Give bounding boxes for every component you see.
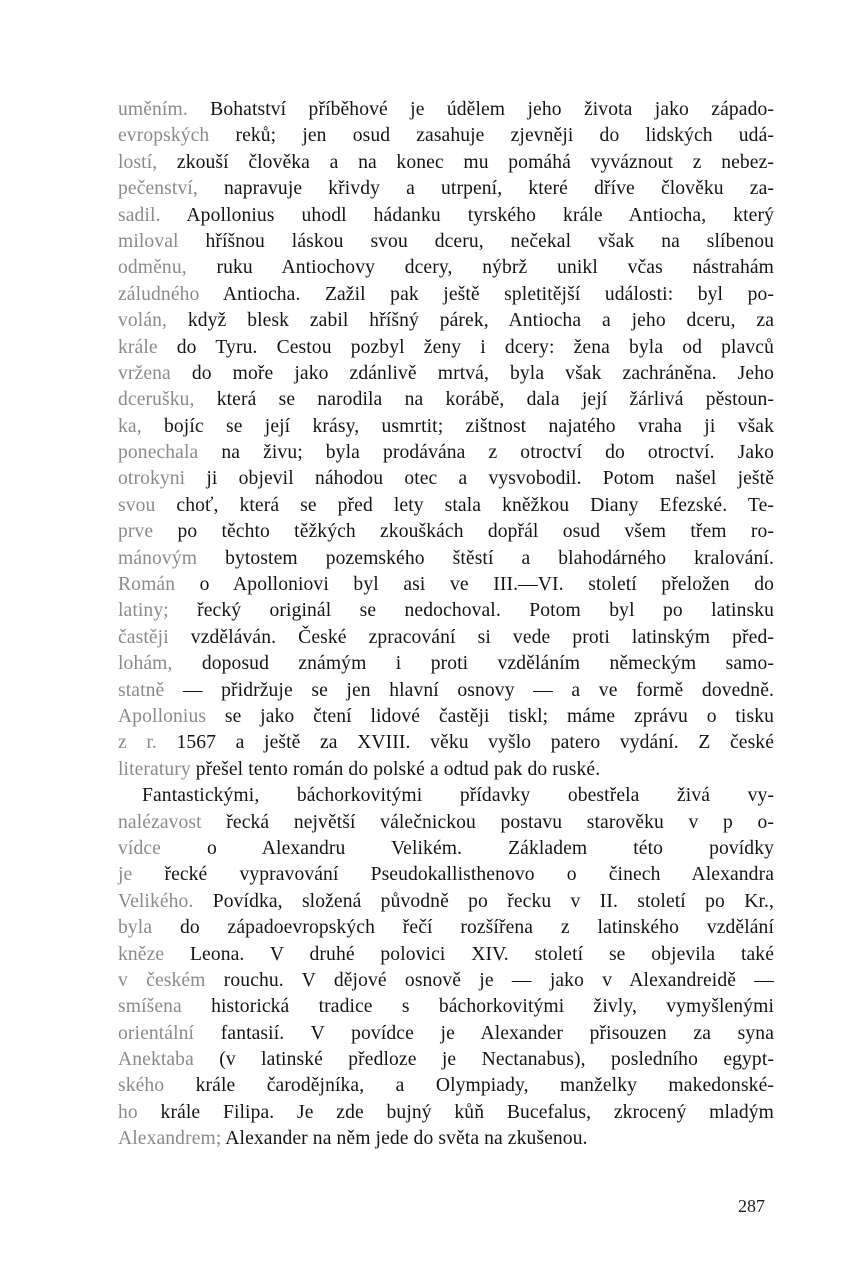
line-text: na živu; byla prodávána z otroctví do ot… bbox=[198, 442, 774, 463]
line-lead-fragment: ského bbox=[118, 1075, 164, 1096]
text-line: ského krále čarodějníka, a Olympiady, ma… bbox=[118, 1073, 774, 1099]
line-text: vzděláván. České zpracování si vede prot… bbox=[169, 627, 774, 648]
line-lead-fragment: ho bbox=[118, 1102, 138, 1123]
text-line: volán, když blesk zabil hříšný párek, An… bbox=[118, 308, 774, 334]
line-lead-fragment: ka, bbox=[118, 416, 142, 437]
line-lead-fragment: mánovým bbox=[118, 548, 197, 569]
text-line: krále do Tyru. Cestou pozbyl ženy i dcer… bbox=[118, 335, 774, 361]
line-text: zkouší člověka a na konec mu pomáhá vyvá… bbox=[157, 152, 774, 173]
line-lead-fragment: záludného bbox=[118, 284, 199, 305]
line-text: reků; jen osud zasahuje zjevněji do lids… bbox=[209, 125, 774, 146]
line-text: bojíc se její krásy, usmrtit; zištnost n… bbox=[142, 416, 774, 437]
text-line: kněze Leona. V druhé polovici XIV. stole… bbox=[118, 942, 774, 968]
line-lead-fragment: evropských bbox=[118, 125, 209, 146]
line-lead-fragment: svou bbox=[118, 495, 155, 516]
line-text: o Apolloniovi byl asi ve III.—VI. stolet… bbox=[175, 574, 774, 595]
text-line: mánovým bytostem pozemského štěstí a bla… bbox=[118, 546, 774, 572]
line-text: řecké vypravování Pseudokallisthenovo o … bbox=[132, 864, 774, 885]
text-line: literatury přešel tento román do polské … bbox=[118, 757, 774, 783]
line-text: (v latinské předloze je Nectanabus), pos… bbox=[194, 1049, 774, 1070]
line-text: když blesk zabil hříšný párek, Antiocha … bbox=[167, 310, 774, 331]
paragraph-apollonius: uměním. Bohatství příběhové je údělem je… bbox=[118, 97, 774, 783]
line-lead-fragment: Alexandrem; bbox=[118, 1128, 221, 1149]
line-lead-fragment: byla bbox=[118, 917, 152, 938]
text-line: vržena do moře jako zdánlivě mrtvá, byla… bbox=[118, 361, 774, 387]
text-line: svou choť, která se před lety stala kněž… bbox=[118, 493, 774, 519]
line-lead-fragment: kněze bbox=[118, 944, 164, 965]
text-line: smíšena historická tradice s báchorkovit… bbox=[118, 994, 774, 1020]
paragraph-alexander: Fantastickými, báchorkovitými přídavky o… bbox=[118, 783, 774, 1152]
text-line: statně — přidržuje se jen hlavní osnovy … bbox=[118, 678, 774, 704]
text-line: lostí, zkouší člověka a na konec mu pomá… bbox=[118, 150, 774, 176]
text-line: odměnu, ruku Antiochovy dcery, nýbrž uni… bbox=[118, 255, 774, 281]
line-lead-fragment: ponechala bbox=[118, 442, 198, 463]
text-line: ka, bojíc se její krásy, usmrtit; zištno… bbox=[118, 414, 774, 440]
text-line: lohám, doposud známým i proti vzděláním … bbox=[118, 651, 774, 677]
text-line: dcerušku, která se narodila na korábě, d… bbox=[118, 387, 774, 413]
text-line: sadil. Apollonius uhodl hádanku tyrského… bbox=[118, 203, 774, 229]
line-text: fantasií. V povídce je Alexander přisouz… bbox=[194, 1023, 774, 1044]
line-text: — přidržuje se jen hlavní osnovy — a ve … bbox=[164, 680, 774, 701]
text-line: záludného Antiocha. Zažil pak ještě sple… bbox=[118, 282, 774, 308]
line-text: Leona. V druhé polovici XIV. století se … bbox=[164, 944, 774, 965]
line-lead-fragment: nalézavost bbox=[118, 812, 202, 833]
line-lead-fragment: lostí, bbox=[118, 152, 157, 173]
line-lead-fragment: Apollonius bbox=[118, 706, 206, 727]
text-line: Fantastickými, báchorkovitými přídavky o… bbox=[118, 783, 774, 809]
line-text: po těchto těžkých zkouškách dopřál osud … bbox=[153, 521, 774, 542]
text-line: Alexandrem; Alexander na něm jede do svě… bbox=[118, 1126, 774, 1152]
line-text: přešel tento román do polské a odtud pak… bbox=[191, 759, 600, 780]
line-lead-fragment: Román bbox=[118, 574, 175, 595]
line-text: krále čarodějníka, a Olympiady, manželky… bbox=[164, 1075, 774, 1096]
line-text: krále Filipa. Je zde bujný kůň Bucefalus… bbox=[138, 1102, 774, 1123]
line-text: napravuje křivdy a utrpení, které dříve … bbox=[198, 178, 774, 199]
text-line: vídce o Alexandru Velikém. Základem této… bbox=[118, 836, 774, 862]
text-line: ponechala na živu; byla prodávána z otro… bbox=[118, 440, 774, 466]
line-text: bytostem pozemského štěstí a blahodárnéh… bbox=[197, 548, 774, 569]
line-text: řecký originál se nedochoval. Potom byl … bbox=[169, 600, 774, 621]
text-line: pečenství, napravuje křivdy a utrpení, k… bbox=[118, 176, 774, 202]
line-text: historická tradice s báchorkovitými živl… bbox=[182, 996, 774, 1017]
line-lead-fragment: dcerušku, bbox=[118, 389, 195, 410]
text-line: otrokyni ji objevil náhodou otec a vysvo… bbox=[118, 466, 774, 492]
line-text: Povídka, složená původně po řecku v II. … bbox=[193, 891, 774, 912]
line-lead-fragment: orientální bbox=[118, 1023, 194, 1044]
line-text: se jako čtení lidové častěji tiskl; máme… bbox=[206, 706, 774, 727]
line-lead-fragment: lohám, bbox=[118, 653, 172, 674]
line-lead-fragment: statně bbox=[118, 680, 164, 701]
line-text: Apollonius uhodl hádanku tyrského krále … bbox=[161, 205, 774, 226]
text-line: ho krále Filipa. Je zde bujný kůň Bucefa… bbox=[118, 1100, 774, 1126]
line-lead-fragment: miloval bbox=[118, 231, 179, 252]
line-lead-fragment: uměním. bbox=[118, 99, 188, 120]
line-text: ji objevil náhodou otec a vysvobodil. Po… bbox=[185, 468, 774, 489]
line-text: Fantastickými, báchorkovitými přídavky o… bbox=[142, 785, 774, 806]
text-line: latiny; řecký originál se nedochoval. Po… bbox=[118, 598, 774, 624]
text-line: Anektaba (v latinské předloze je Nectana… bbox=[118, 1047, 774, 1073]
line-text: rouchu. V dějové osnově je — jako v Alex… bbox=[206, 970, 774, 991]
line-text: Bohatství příběhové je údělem jeho život… bbox=[188, 99, 774, 120]
line-lead-fragment: pečenství, bbox=[118, 178, 198, 199]
line-text: Antiocha. Zažil pak ještě spletitější ud… bbox=[199, 284, 774, 305]
line-lead-fragment: častěji bbox=[118, 627, 169, 648]
text-line: je řecké vypravování Pseudokallisthenovo… bbox=[118, 862, 774, 888]
line-lead-fragment: volán, bbox=[118, 310, 167, 331]
line-text: do Tyru. Cestou pozbyl ženy i dcery: žen… bbox=[158, 337, 774, 358]
line-lead-fragment: krále bbox=[118, 337, 158, 358]
line-text: hříšnou láskou svou dceru, nečekal však … bbox=[179, 231, 774, 252]
text-line: nalézavost řecká největší válečnickou po… bbox=[118, 810, 774, 836]
page-number: 287 bbox=[738, 1196, 765, 1217]
line-lead-fragment: odměnu, bbox=[118, 257, 187, 278]
line-text: ruku Antiochovy dcery, nýbrž unikl včas … bbox=[187, 257, 774, 278]
line-lead-fragment: otrokyni bbox=[118, 468, 185, 489]
line-lead-fragment: vídce bbox=[118, 838, 161, 859]
text-line: byla do západoevropských řečí rozšířena … bbox=[118, 915, 774, 941]
text-line: v českém rouchu. V dějové osnově je — ja… bbox=[118, 968, 774, 994]
line-lead-fragment: Velikého. bbox=[118, 891, 193, 912]
text-line: evropských reků; jen osud zasahuje zjevn… bbox=[118, 123, 774, 149]
line-lead-fragment: smíšena bbox=[118, 996, 182, 1017]
line-text: která se narodila na korábě, dala její ž… bbox=[195, 389, 774, 410]
text-line: častěji vzděláván. České zpracování si v… bbox=[118, 625, 774, 651]
line-text: choť, která se před lety stala kněžkou D… bbox=[155, 495, 774, 516]
line-lead-fragment: literatury bbox=[118, 759, 191, 780]
text-line: miloval hříšnou láskou svou dceru, neček… bbox=[118, 229, 774, 255]
line-lead-fragment: Anektaba bbox=[118, 1049, 194, 1070]
line-text: Alexander na něm jede do světa na zkušen… bbox=[221, 1128, 587, 1149]
line-text: do moře jako zdánlivě mrtvá, byla však z… bbox=[171, 363, 774, 384]
text-line: Román o Apolloniovi byl asi ve III.—VI. … bbox=[118, 572, 774, 598]
text-line: Apollonius se jako čtení lidové častěji … bbox=[118, 704, 774, 730]
line-lead-fragment: latiny; bbox=[118, 600, 169, 621]
line-text: řecká největší válečnickou postavu staro… bbox=[202, 812, 774, 833]
document-page: uměním. Bohatství příběhové je údělem je… bbox=[118, 97, 774, 1153]
line-text: 1567 a ještě za XVIII. věku vyšlo patero… bbox=[157, 732, 774, 753]
text-line: prve po těchto těžkých zkouškách dopřál … bbox=[118, 519, 774, 545]
text-line: orientální fantasií. V povídce je Alexan… bbox=[118, 1021, 774, 1047]
line-lead-fragment: je bbox=[118, 864, 132, 885]
line-lead-fragment: z r. bbox=[118, 732, 157, 753]
line-text: doposud známým i proti vzděláním německý… bbox=[172, 653, 774, 674]
text-line: z r. 1567 a ještě za XVIII. věku vyšlo p… bbox=[118, 730, 774, 756]
line-lead-fragment: prve bbox=[118, 521, 153, 542]
line-text: do západoevropských řečí rozšířena z lat… bbox=[152, 917, 774, 938]
text-line: Velikého. Povídka, složená původně po ře… bbox=[118, 889, 774, 915]
line-lead-fragment: sadil. bbox=[118, 205, 161, 226]
line-lead-fragment: v českém bbox=[118, 970, 206, 991]
line-lead-fragment: vržena bbox=[118, 363, 171, 384]
line-text: o Alexandru Velikém. Základem této povíd… bbox=[161, 838, 774, 859]
text-line: uměním. Bohatství příběhové je údělem je… bbox=[118, 97, 774, 123]
